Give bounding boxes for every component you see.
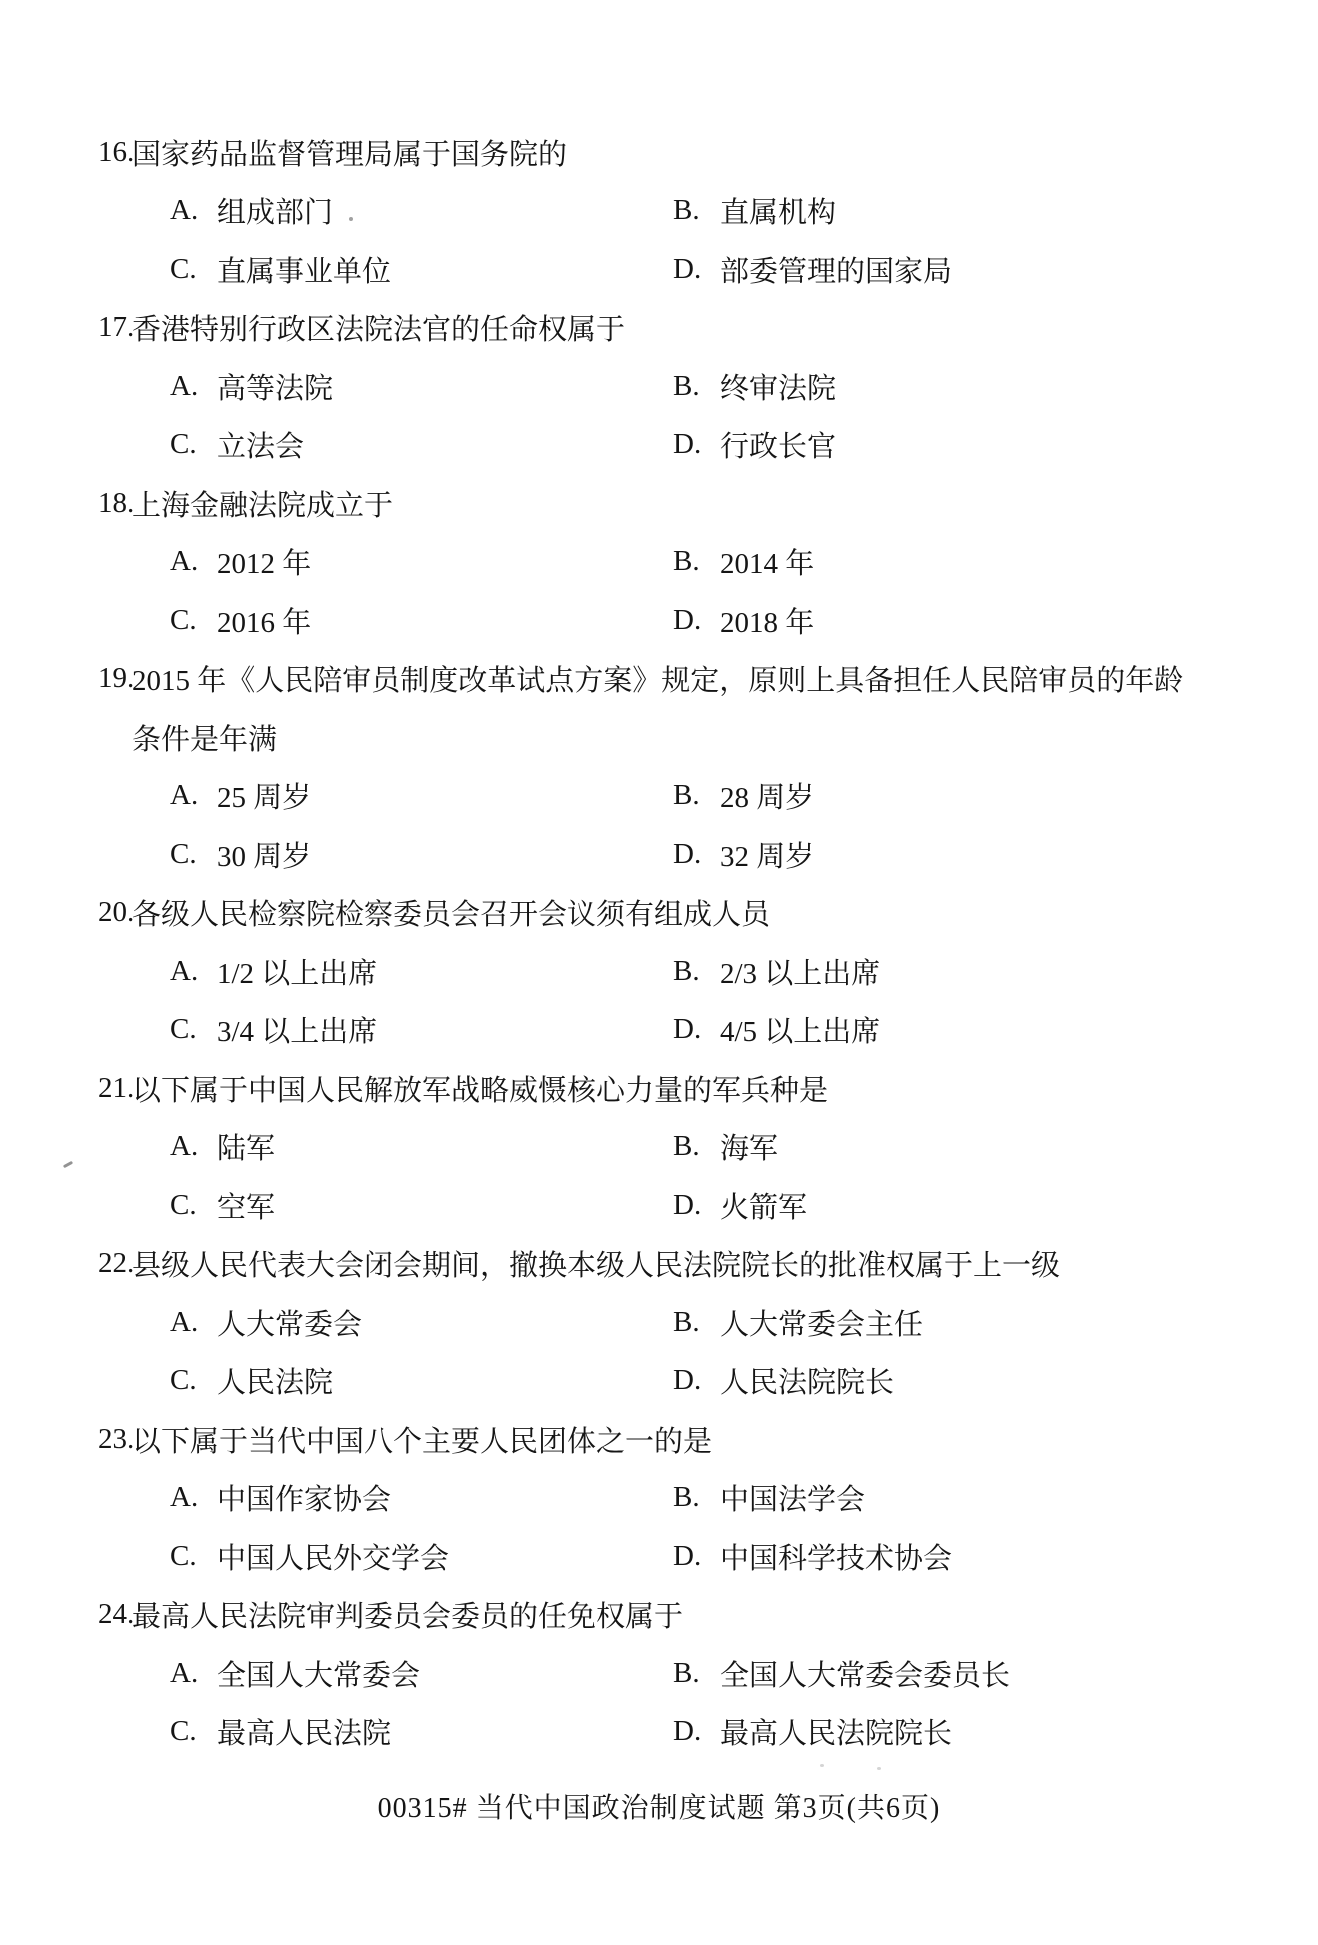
answer-option: B. 直属机构: [673, 190, 1318, 231]
option-letter: D.: [673, 1013, 720, 1046]
option-text: 终审法院: [720, 366, 836, 407]
question-text: 2015 年《人民陪审员制度改革试点方案》规定，原则上具备担任人民陪审员的年龄: [132, 658, 1183, 699]
answer-option: C. 人民法院: [170, 1360, 673, 1401]
option-letter: C.: [170, 838, 217, 871]
option-text: 中国作家协会: [217, 1477, 391, 1518]
option-text: 25 周岁: [217, 775, 311, 816]
question-line: 21. 以下属于中国人民解放军战略威慑核心力量的军兵种是: [0, 1059, 1318, 1118]
answer-option: D. 32 周岁: [673, 834, 1318, 875]
option-text: 直属机构: [720, 190, 836, 231]
option-letter: B.: [673, 779, 720, 812]
option-text: 2018 年: [720, 600, 814, 641]
answer-option: A. 全国人大常委会: [170, 1653, 673, 1694]
answer-option: C. 直属事业单位: [170, 249, 673, 290]
question-text: 最高人民法院审判委员会委员的任免权属于: [132, 1594, 683, 1635]
option-letter: C.: [170, 604, 217, 637]
option-text: 部委管理的国家局: [720, 249, 952, 290]
question-line: 20. 各级人民检察院检察委员会召开会议须有组成人员: [0, 884, 1318, 943]
option-letter: C.: [170, 1715, 217, 1748]
option-row: C. 中国人民外交学会 D. 中国科学技术协会: [0, 1527, 1318, 1586]
option-letter: D.: [673, 1715, 720, 1748]
option-text: 行政长官: [720, 424, 836, 465]
question-text-continuation: 条件是年满: [0, 708, 1318, 767]
option-row: A. 高等法院 B. 终审法院: [0, 357, 1318, 416]
answer-option: D. 中国科学技术协会: [673, 1536, 1318, 1577]
option-letter: B.: [673, 1130, 720, 1163]
question-text: 各级人民检察院检察委员会召开会议须有组成人员: [132, 892, 770, 933]
option-text: 全国人大常委会: [217, 1653, 420, 1694]
answer-option: A. 组成部门: [170, 190, 673, 231]
option-letter: A.: [170, 1306, 217, 1339]
answer-option: A. 1/2 以上出席: [170, 951, 673, 992]
option-letter: C.: [170, 1540, 217, 1573]
option-letter: D.: [673, 1540, 720, 1573]
option-text: 高等法院: [217, 366, 333, 407]
option-text: 全国人大常委会委员长: [720, 1653, 1010, 1694]
option-letter: C.: [170, 1364, 217, 1397]
option-text: 中国科学技术协会: [720, 1536, 952, 1577]
question-number: 22.: [98, 1247, 132, 1280]
option-letter: B.: [673, 1481, 720, 1514]
answer-option: D. 行政长官: [673, 424, 1318, 465]
option-letter: B.: [673, 370, 720, 403]
scan-speck: [349, 217, 353, 221]
option-letter: B.: [673, 1657, 720, 1690]
answer-option: C. 3/4 以上出席: [170, 1009, 673, 1050]
answer-option: B. 海军: [673, 1126, 1318, 1167]
option-letter: B.: [673, 1306, 720, 1339]
option-text: 2012 年: [217, 541, 311, 582]
option-text: 最高人民法院: [217, 1711, 391, 1752]
answer-option: A. 中国作家协会: [170, 1477, 673, 1518]
question-line: 23. 以下属于当代中国八个主要人民团体之一的是: [0, 1410, 1318, 1469]
option-text: 陆军: [217, 1126, 275, 1167]
option-row: C. 立法会 D. 行政长官: [0, 416, 1318, 475]
answer-option: A. 25 周岁: [170, 775, 673, 816]
question-line: 22. 县级人民代表大会闭会期间，撤换本级人民法院院长的批准权属于上一级: [0, 1235, 1318, 1294]
option-letter: D.: [673, 838, 720, 871]
question: 21. 以下属于中国人民解放军战略威慑核心力量的军兵种是 A. 陆军 B. 海军…: [0, 1059, 1318, 1235]
option-text: 中国法学会: [720, 1477, 865, 1518]
answer-option: D. 人民法院院长: [673, 1360, 1318, 1401]
question-line: 24. 最高人民法院审判委员会委员的任免权属于: [0, 1586, 1318, 1645]
question: 18. 上海金融法院成立于 A. 2012 年 B. 2014 年 C. 201…: [0, 474, 1318, 650]
answer-option: B. 2014 年: [673, 541, 1318, 582]
option-letter: A.: [170, 1657, 217, 1690]
option-text: 1/2 以上出席: [217, 951, 377, 992]
answer-option: C. 2016 年: [170, 600, 673, 641]
option-text: 中国人民外交学会: [217, 1536, 449, 1577]
option-row: C. 2016 年 D. 2018 年: [0, 591, 1318, 650]
option-row: C. 3/4 以上出席 D. 4/5 以上出席: [0, 1001, 1318, 1060]
option-text: 海军: [720, 1126, 778, 1167]
question-number: 21.: [98, 1072, 132, 1105]
answer-option: D. 火箭军: [673, 1185, 1318, 1226]
option-letter: A.: [170, 1130, 217, 1163]
option-text: 组成部门: [217, 190, 333, 231]
option-letter: B.: [673, 955, 720, 988]
option-letter: A.: [170, 545, 217, 578]
answer-option: C. 立法会: [170, 424, 673, 465]
option-row: C. 空军 D. 火箭军: [0, 1176, 1318, 1235]
answer-option: A. 2012 年: [170, 541, 673, 582]
option-letter: C.: [170, 428, 217, 461]
option-letter: D.: [673, 1189, 720, 1222]
answer-option: C. 中国人民外交学会: [170, 1536, 673, 1577]
option-letter: D.: [673, 1364, 720, 1397]
option-text: 人民法院: [217, 1360, 333, 1401]
question-text: 以下属于中国人民解放军战略威慑核心力量的军兵种是: [132, 1068, 828, 1109]
option-letter: A.: [170, 370, 217, 403]
answer-option: C. 30 周岁: [170, 834, 673, 875]
question-text: 香港特别行政区法院法官的任命权属于: [132, 307, 625, 348]
option-row: C. 最高人民法院 D. 最高人民法院院长: [0, 1703, 1318, 1762]
scan-speck: [820, 1764, 824, 1767]
option-text: 30 周岁: [217, 834, 311, 875]
question-number: 24.: [98, 1598, 132, 1631]
question-number: 17.: [98, 311, 132, 344]
option-row: A. 陆军 B. 海军: [0, 1118, 1318, 1177]
option-letter: A.: [170, 194, 217, 227]
option-letter: D.: [673, 604, 720, 637]
question-list: 16. 国家药品监督管理局属于国务院的 A. 组成部门 B. 直属机构 C. 直…: [0, 123, 1318, 1761]
answer-option: A. 人大常委会: [170, 1302, 673, 1343]
answer-option: A. 陆军: [170, 1126, 673, 1167]
option-row: A. 2012 年 B. 2014 年: [0, 533, 1318, 592]
answer-option: D. 部委管理的国家局: [673, 249, 1318, 290]
answer-option: C. 最高人民法院: [170, 1711, 673, 1752]
option-row: A. 25 周岁 B. 28 周岁: [0, 767, 1318, 826]
question-line: 19. 2015 年《人民陪审员制度改革试点方案》规定，原则上具备担任人民陪审员…: [0, 650, 1318, 709]
question-text: 上海金融法院成立于: [132, 483, 393, 524]
question-text: 国家药品监督管理局属于国务院的: [132, 132, 567, 173]
option-text: 2014 年: [720, 541, 814, 582]
option-row: C. 30 周岁 D. 32 周岁: [0, 825, 1318, 884]
page-footer: 00315# 当代中国政治制度试题 第3页(共6页): [0, 1786, 1318, 1826]
question: 20. 各级人民检察院检察委员会召开会议须有组成人员 A. 1/2 以上出席 B…: [0, 884, 1318, 1060]
option-text: 直属事业单位: [217, 249, 391, 290]
option-letter: B.: [673, 194, 720, 227]
question-number: 18.: [98, 487, 132, 520]
question: 23. 以下属于当代中国八个主要人民团体之一的是 A. 中国作家协会 B. 中国…: [0, 1410, 1318, 1586]
option-letter: A.: [170, 779, 217, 812]
question-line: 16. 国家药品监督管理局属于国务院的: [0, 123, 1318, 182]
option-text: 人民法院院长: [720, 1360, 894, 1401]
option-text: 最高人民法院院长: [720, 1711, 952, 1752]
answer-option: B. 中国法学会: [673, 1477, 1318, 1518]
option-text: 立法会: [217, 424, 304, 465]
option-letter: A.: [170, 955, 217, 988]
option-letter: C.: [170, 253, 217, 286]
answer-option: B. 终审法院: [673, 366, 1318, 407]
option-row: C. 人民法院 D. 人民法院院长: [0, 1352, 1318, 1411]
answer-option: A. 高等法院: [170, 366, 673, 407]
option-row: A. 中国作家协会 B. 中国法学会: [0, 1469, 1318, 1528]
answer-option: B. 人大常委会主任: [673, 1302, 1318, 1343]
answer-option: B. 2/3 以上出席: [673, 951, 1318, 992]
answer-option: D. 最高人民法院院长: [673, 1711, 1318, 1752]
option-letter: D.: [673, 428, 720, 461]
option-text: 空军: [217, 1185, 275, 1226]
option-text: 2/3 以上出席: [720, 951, 880, 992]
scan-speck: [877, 1767, 881, 1770]
question-number: 16.: [98, 136, 132, 169]
question-line: 17. 香港特别行政区法院法官的任命权属于: [0, 299, 1318, 358]
answer-option: D. 4/5 以上出席: [673, 1009, 1318, 1050]
question: 16. 国家药品监督管理局属于国务院的 A. 组成部门 B. 直属机构 C. 直…: [0, 123, 1318, 299]
option-text: 28 周岁: [720, 775, 814, 816]
option-letter: C.: [170, 1189, 217, 1222]
answer-option: B. 28 周岁: [673, 775, 1318, 816]
option-row: A. 人大常委会 B. 人大常委会主任: [0, 1293, 1318, 1352]
question-number: 23.: [98, 1423, 132, 1456]
question-number: 20.: [98, 896, 132, 929]
question-text: 以下属于当代中国八个主要人民团体之一的是: [132, 1419, 712, 1460]
question: 17. 香港特别行政区法院法官的任命权属于 A. 高等法院 B. 终审法院 C.…: [0, 299, 1318, 475]
question: 22. 县级人民代表大会闭会期间，撤换本级人民法院院长的批准权属于上一级 A. …: [0, 1235, 1318, 1411]
option-row: C. 直属事业单位 D. 部委管理的国家局: [0, 240, 1318, 299]
exam-page: 16. 国家药品监督管理局属于国务院的 A. 组成部门 B. 直属机构 C. 直…: [0, 0, 1318, 1945]
option-text: 2016 年: [217, 600, 311, 641]
question-number: 19.: [98, 662, 132, 695]
option-row: A. 全国人大常委会 B. 全国人大常委会委员长: [0, 1644, 1318, 1703]
option-letter: B.: [673, 545, 720, 578]
option-text: 人大常委会: [217, 1302, 362, 1343]
option-letter: A.: [170, 1481, 217, 1514]
answer-option: D. 2018 年: [673, 600, 1318, 641]
answer-option: C. 空军: [170, 1185, 673, 1226]
question-text: 县级人民代表大会闭会期间，撤换本级人民法院院长的批准权属于上一级: [132, 1243, 1060, 1284]
option-row: A. 组成部门 B. 直属机构: [0, 182, 1318, 241]
option-text: 32 周岁: [720, 834, 814, 875]
question: 24. 最高人民法院审判委员会委员的任免权属于 A. 全国人大常委会 B. 全国…: [0, 1586, 1318, 1762]
question-line: 18. 上海金融法院成立于: [0, 474, 1318, 533]
option-letter: C.: [170, 1013, 217, 1046]
option-letter: D.: [673, 253, 720, 286]
option-text: 火箭军: [720, 1185, 807, 1226]
option-row: A. 1/2 以上出席 B. 2/3 以上出席: [0, 942, 1318, 1001]
question: 19. 2015 年《人民陪审员制度改革试点方案》规定，原则上具备担任人民陪审员…: [0, 650, 1318, 884]
option-text: 人大常委会主任: [720, 1302, 923, 1343]
option-text: 3/4 以上出席: [217, 1009, 377, 1050]
option-text: 4/5 以上出席: [720, 1009, 880, 1050]
answer-option: B. 全国人大常委会委员长: [673, 1653, 1318, 1694]
